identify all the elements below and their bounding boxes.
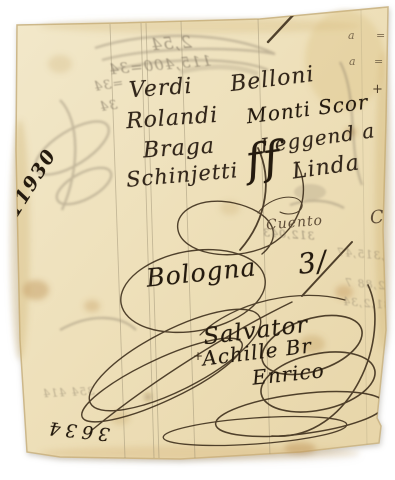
pen-mark-a-lower: a	[349, 55, 356, 68]
scanned-document: 2,54 115,400=34 =34 34 312,043 3,315,47 …	[0, 0, 395, 480]
pen-mark-plus-right: +	[372, 82, 383, 97]
roster-row-3-left: Schinjetti	[125, 158, 239, 192]
roster-row-0-left: Verdi	[128, 74, 193, 103]
bleed-figure-left-1: =34	[92, 76, 124, 95]
bottom-number: 3634	[43, 417, 111, 445]
roster-row-1-left: Rolandi	[125, 103, 219, 134]
place-name: Bologna	[145, 252, 258, 292]
pen-mark-a-upper: a	[348, 29, 355, 42]
flourish-ff: ff	[243, 136, 283, 184]
date-figure: 3/	[296, 244, 330, 281]
bleed-figure-top-1: 2,54	[149, 33, 192, 56]
bleed-figure-bottom: 354 414	[42, 385, 95, 401]
roster-row-0-right: Belloni	[229, 62, 316, 97]
roster-row-3-right: Linda	[291, 150, 362, 184]
roster-row-2-left: Braga	[142, 134, 216, 164]
bleed-figure-top-2: 115,400=34	[107, 52, 212, 79]
account-note: Cuento	[265, 213, 323, 234]
handwriting-layer: 2,54 115,400=34 =34 34 312,043 3,315,47 …	[0, 0, 395, 480]
bleed-figure-left-2: 34	[98, 98, 118, 115]
bleed-figure-right-3: 31,2,34	[342, 295, 392, 312]
